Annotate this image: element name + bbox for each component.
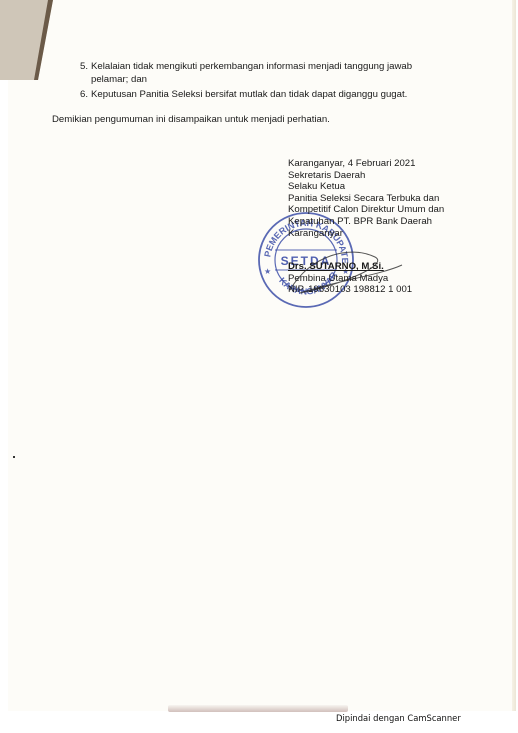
page-edge: [512, 0, 516, 711]
handwritten-signature: [280, 235, 410, 305]
list-item: 6. Keputusan Panitia Seleksi bersifat mu…: [80, 88, 421, 101]
scan-speck: [13, 456, 15, 458]
committee-line: Panitia Seleksi Secara Terbuka dan: [288, 193, 444, 205]
svg-text:★: ★: [264, 267, 271, 276]
folded-corner-shadow: [0, 0, 56, 80]
requirements-list: 5. Kelalaian tidak mengikuti perkembanga…: [80, 60, 421, 101]
committee-line: Kompetitif Calon Direktur Umum dan: [288, 204, 444, 216]
closing-sentence: Demikian pengumuman ini disampaikan untu…: [52, 114, 330, 125]
committee-line: Kepatuhan PT. BPR Bank Daerah: [288, 216, 444, 228]
signer-role: Selaku Ketua: [288, 181, 444, 193]
page-bottom-shadow: [168, 705, 348, 712]
camscanner-watermark: Dipindai dengan CamScanner: [336, 713, 461, 723]
place-date: Karanganyar, 4 Februari 2021: [288, 158, 444, 170]
scanned-page: [8, 0, 516, 711]
list-item: 5. Kelalaian tidak mengikuti perkembanga…: [80, 60, 421, 86]
signer-title: Sekretaris Daerah: [288, 170, 444, 182]
